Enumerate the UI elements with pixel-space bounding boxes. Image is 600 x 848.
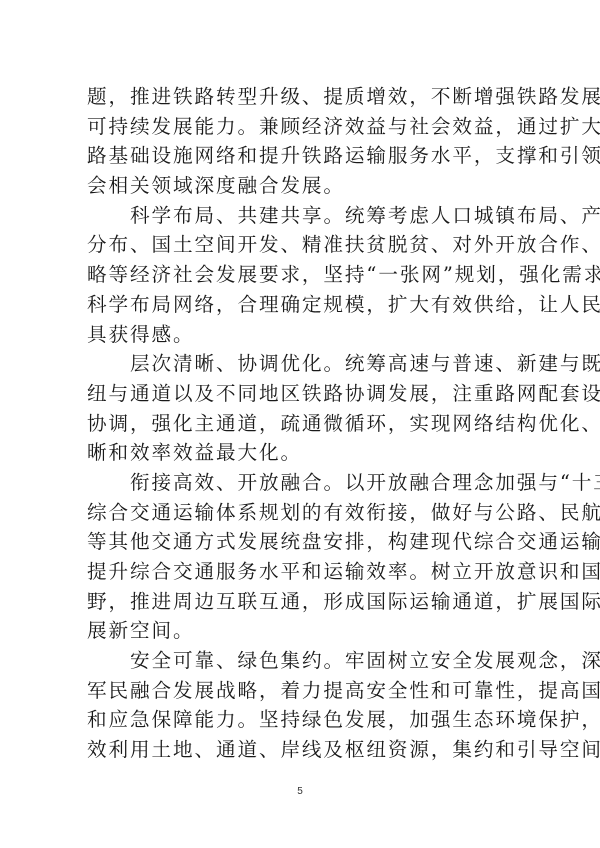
text-line: 效利用土地、通道、岸线及枢纽资源，集约和引导空间综合开 [87,735,519,765]
text-line: 纽与通道以及不同地区铁路协调发展，注重路网配套设施系统 [87,379,519,409]
text-line: 提升综合交通服务水平和运输效率。树立开放意识和国际视 [87,557,519,587]
text-line: 展新空间。 [87,616,519,646]
paragraph-first-line: 安全可靠、绿色集约。牢固树立安全发展观念，深入实施 [87,646,519,676]
paragraph-first-line: 层次清晰、协调优化。统筹高速与普速、新建与既有、枢 [87,349,519,379]
text-line: 路基础设施网络和提升铁路运输服务水平，支撑和引领经济社 [87,141,519,171]
text-line: 军民融合发展战略，着力提高安全性和可靠性，提高国防交通 [87,676,519,706]
paragraph-first-line: 衔接高效、开放融合。以开放融合理念加强与“十三五” [87,468,519,498]
text-line: 会相关领域深度融合发展。 [87,171,519,201]
body-text: 题，推进铁路转型升级、提质增效，不断增强铁路发展动能和 可持续发展能力。兼顾经济… [87,82,519,765]
text-line: 科学布局网络，合理确定规模，扩大有效供给，让人民群众更 [87,290,519,320]
text-line: 野，推进周边互联互通，形成国际运输通道，扩展国际合作发 [87,587,519,617]
text-line: 分布、国土空间开发、精准扶贫脱贫、对外开放合作、国防战 [87,230,519,260]
text-line: 可持续发展能力。兼顾经济效益与社会效益，通过扩大完善铁 [87,112,519,142]
document-page: 题，推进铁路转型升级、提质增效，不断增强铁路发展动能和 可持续发展能力。兼顾经济… [0,0,600,848]
text-line: 具获得感。 [87,320,519,350]
text-line: 题，推进铁路转型升级、提质增效，不断增强铁路发展动能和 [87,82,519,112]
text-line: 综合交通运输体系规划的有效衔接，做好与公路、民航、水运 [87,498,519,528]
text-line: 和应急保障能力。坚持绿色发展，加强生态环境保护，综合高 [87,705,519,735]
text-line: 协调，强化主通道，疏通微循环，实现网络结构优化、层次清 [87,409,519,439]
page-number: 5 [0,786,600,797]
text-line: 等其他交通方式发展统盘安排，构建现代综合交通运输体系， [87,527,519,557]
text-line: 略等经济社会发展要求，坚持“一张网”规划，强化需求导向， [87,260,519,290]
text-line: 晰和效率效益最大化。 [87,438,519,468]
paragraph-first-line: 科学布局、共建共享。统筹考虑人口城镇布局、产业资源 [87,201,519,231]
